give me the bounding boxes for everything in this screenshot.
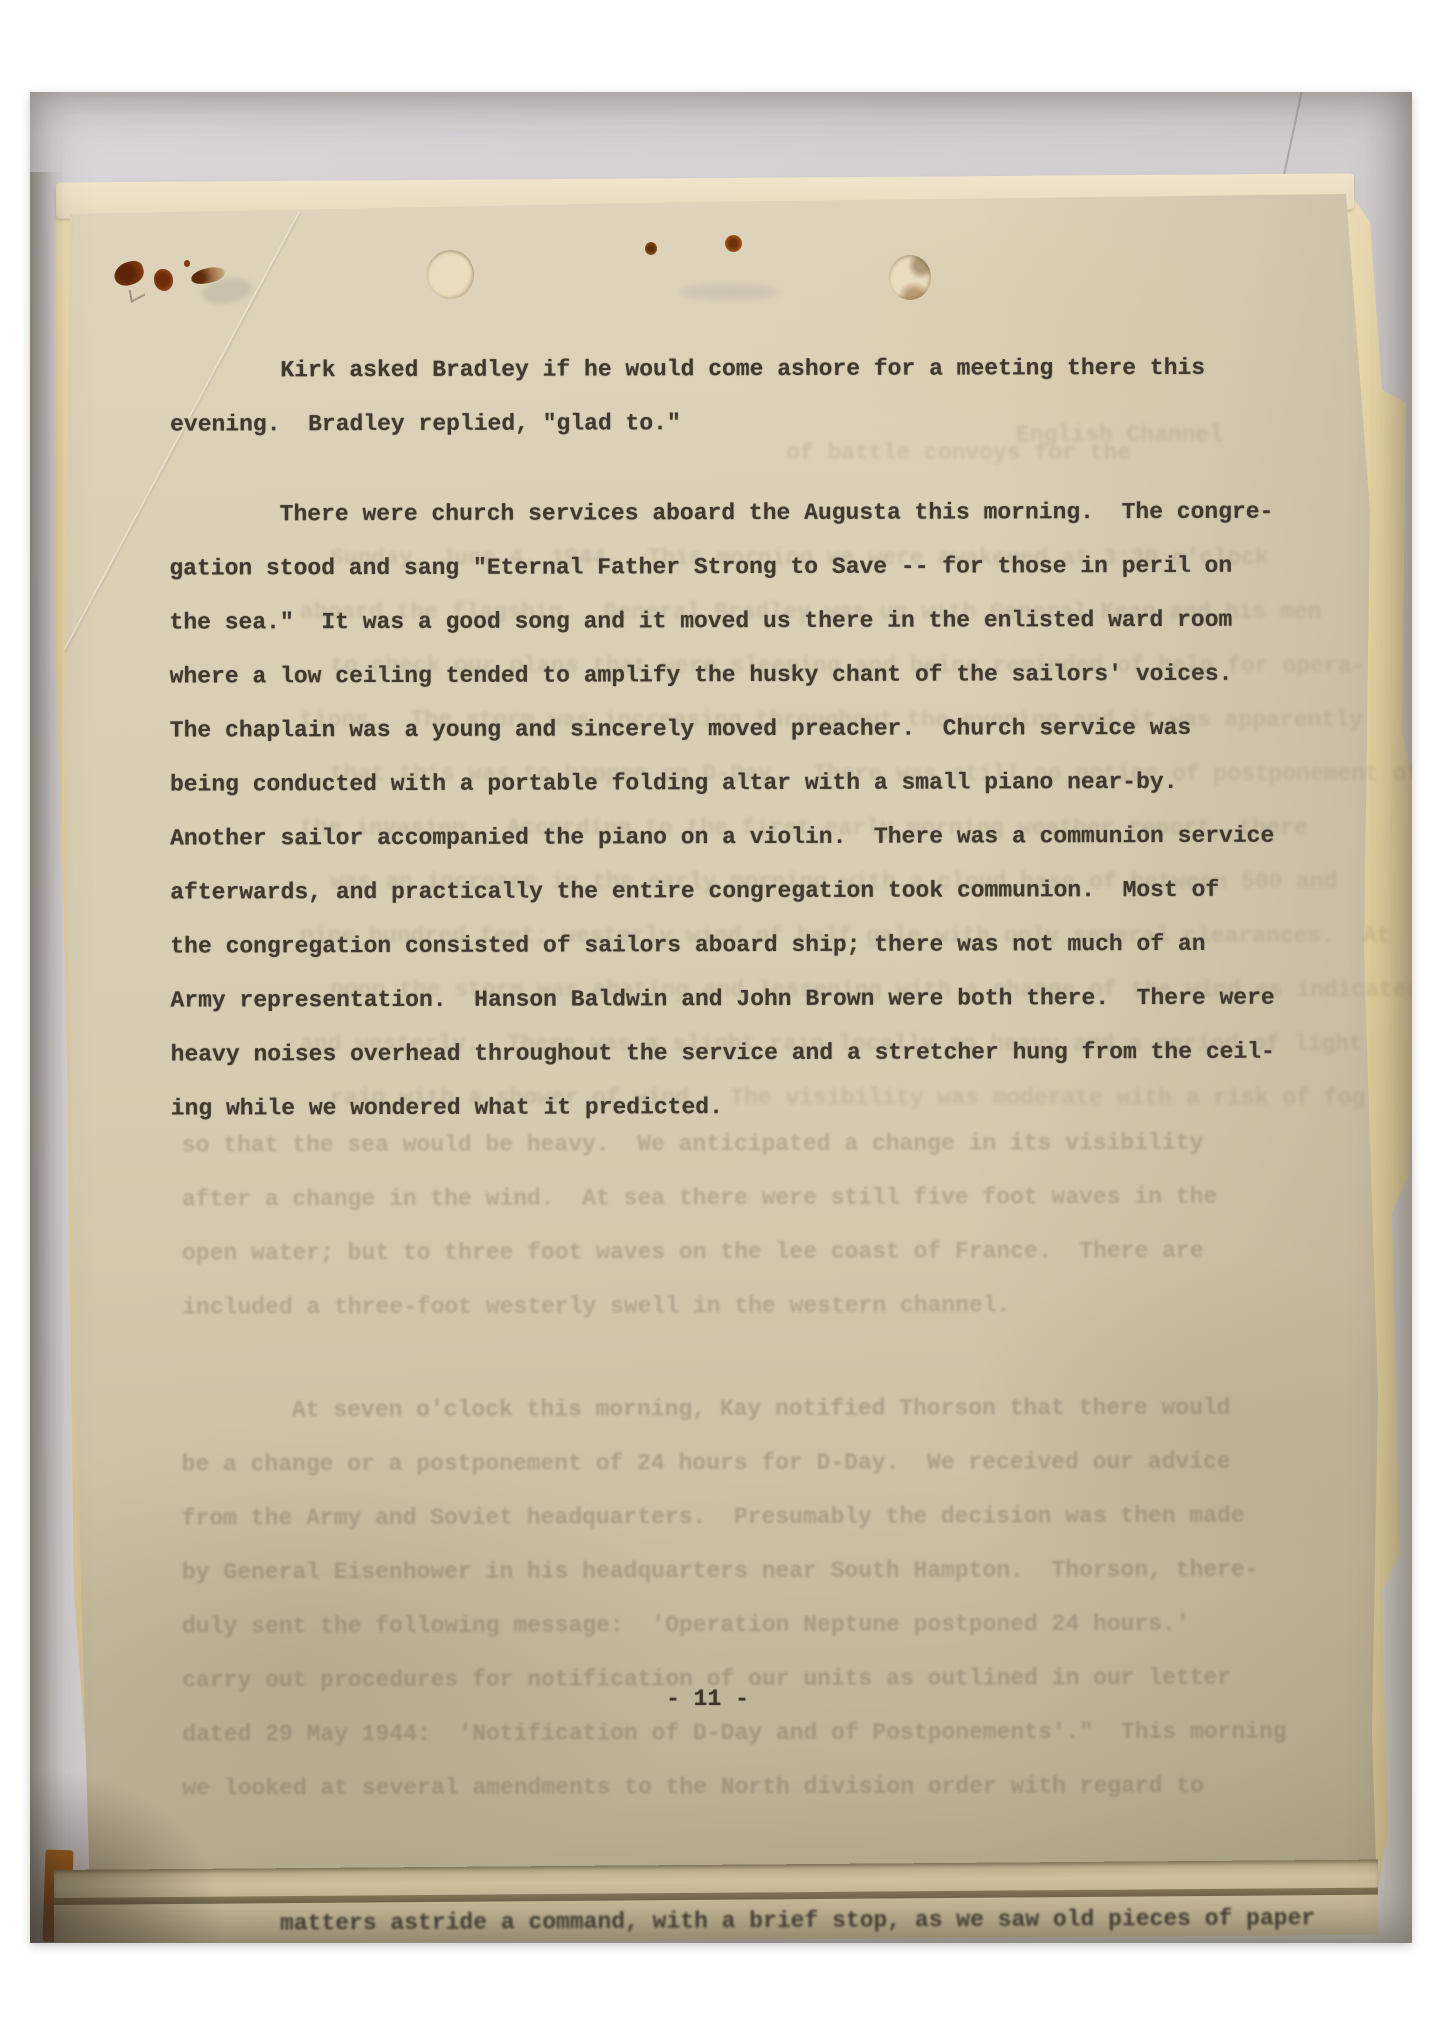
page-number: - 11 - (170, 1686, 1245, 1740)
bleedthrough-line: duly sent the following message: 'Operat… (182, 1596, 1372, 1653)
typed-line: evening. Bradley replied, "glad to." (170, 394, 1360, 451)
bleedthrough-line: included a three-foot westerly swell in … (182, 1277, 1372, 1334)
typed-line: gation stood and sang "Eternal Father St… (169, 538, 1359, 595)
bleedthrough-line: so that the sea would be heavy. We antic… (182, 1115, 1372, 1172)
scan-white-border: English Channelof battle convoys for the… (0, 0, 1440, 2038)
bleedthrough-line: by General Eisenhower in his headquarter… (182, 1542, 1372, 1599)
typed-line: the congregation consisted of sailors ab… (170, 916, 1360, 973)
bleedthrough-line: from the Army and Soviet headquarters. P… (182, 1488, 1372, 1545)
bottom-left-corner-shadow (30, 1772, 220, 1943)
typed-paragraph-1: Kirk asked Bradley if he would come asho… (170, 340, 1360, 451)
bleedthrough-paragraph-2: At seven o'clock this morning, Kay notif… (181, 1380, 1372, 1815)
typed-line: where a low ceiling tended to amplify th… (170, 646, 1360, 703)
bleedthrough-line: after a change in the wind. At sea there… (182, 1169, 1372, 1226)
bleedthrough-line: we looked at several amendments to the N… (182, 1758, 1372, 1815)
typed-line: Army representation. Hanson Baldwin and … (170, 970, 1360, 1027)
typed-line: Another sailor accompanied the piano on … (170, 808, 1360, 865)
bleedthrough-line: open water; but to three foot waves on t… (182, 1223, 1372, 1280)
photo-area: English Channelof battle convoys for the… (30, 92, 1412, 1943)
typed-paragraph-2: There were church services aboard the Au… (169, 484, 1361, 1135)
left-edge-shadow (30, 172, 64, 1943)
bleedthrough-line: be a change or a postponement of 24 hour… (182, 1434, 1372, 1491)
typed-line: the sea." It was a good song and it move… (169, 592, 1359, 649)
typed-line: There were church services aboard the Au… (169, 484, 1359, 541)
typed-line: Kirk asked Bradley if he would come asho… (170, 340, 1360, 397)
typed-line: The chaplain was a young and sincerely m… (170, 700, 1360, 757)
typed-line: afterwards, and practically the entire c… (170, 862, 1360, 919)
bleedthrough-paragraph-1: so that the sea would be heavy. We antic… (182, 1115, 1373, 1334)
bleedthrough-line: At seven o'clock this morning, Kay notif… (181, 1380, 1371, 1437)
typed-line: heavy noises overhead throughout the ser… (171, 1024, 1361, 1081)
typed-line: being conducted with a portable folding … (170, 754, 1360, 811)
